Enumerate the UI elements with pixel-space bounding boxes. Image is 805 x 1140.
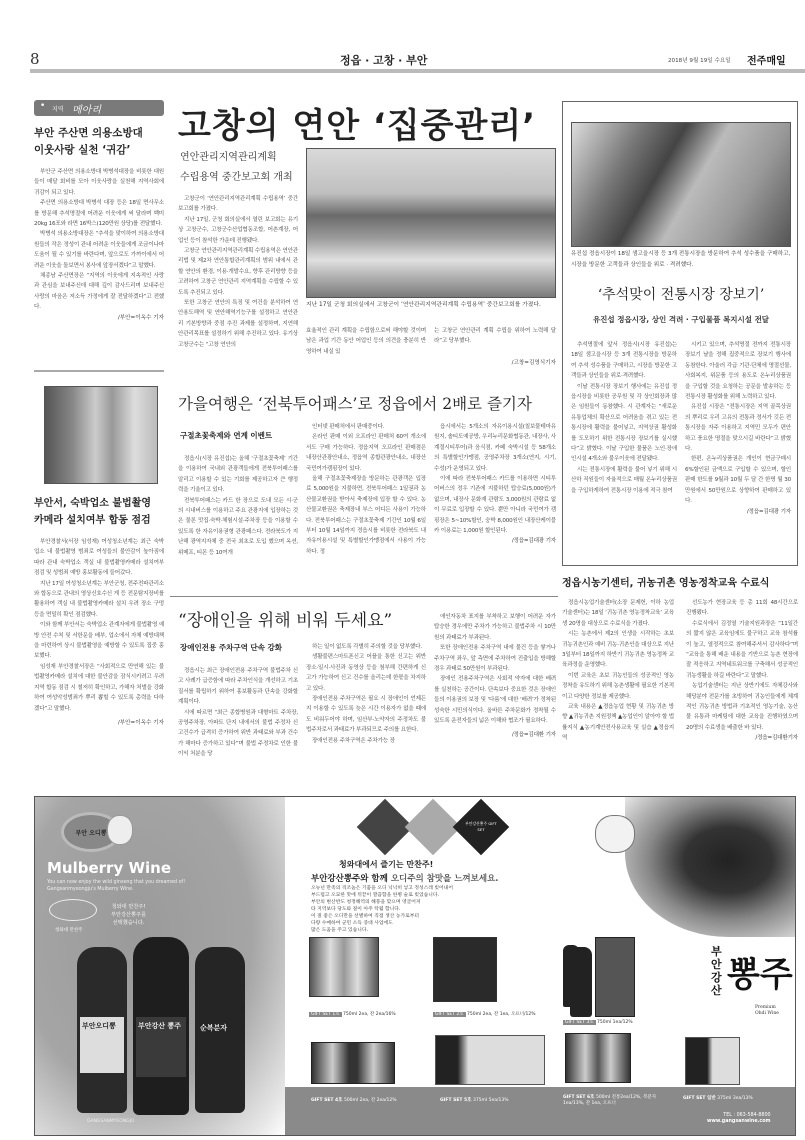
article-body-col2: 시키고 있으며, 추석명절 전까지 전통시장 장보기 날을 정해 집중적으로 장… [685,340,791,517]
giftset-2-image [433,937,497,1002]
article-market: 유진섭 정읍시장이 18일 샘고을시장 등 3개 전통시장을 방문하여 추석 성… [562,101,798,566]
subhead: 장애인전용 주차구역 단속 강화 [180,642,282,653]
byline: /정읍=김대환기자 [686,733,798,743]
article-buan-firefighters: 부안 주산면 의용소방대 이웃사랑 실천 ‘귀감’ 부안군 주산면 의용소방대 … [34,125,164,321]
subhead: 구절초꽃축제와 연계 이벤트 [180,430,272,441]
header-rule [30,69,805,73]
subhead: 연안관리지역관리계획 수립용역 중간보고회 개최 [180,148,293,188]
byline: /정읍=김대환 기자 [434,730,556,740]
premium-label: Premium Ohdi Wine [755,1005,779,1017]
contact-info: TEL : 063-584-8800 www.gangsanwine.com [707,1113,771,1125]
article-body: 고창군이 ‘연안관리지역관리계획 수립용역’ 중간보고회를 가졌다. 지난 17… [178,194,298,350]
headline: 가을여행은 ‘전북투어패스’로 정읍에서 2배로 즐기자 [178,392,532,414]
article-body-continued-1: 효율적인 관리 계획을 수립함으로써 해야할 것이며 남은 과업 기간 동안 어… [306,326,426,357]
ad-body-copy: 오뉴넌 만족의 격조높은 기품을 오디 넉넉히 넣고 정성스레 빚어내어 부드럽… [311,885,571,934]
article-body: 부안군 주산면 의용소방대 박병석대장을 비롯한 대원들이 매달 회비를 모아 … [34,167,164,313]
bluehouse-text: 청와대 만찬주! 부안강산뽕주를 선택했습니다. [111,903,146,927]
article-body-col1: 추석명절에 앞서 정읍시(시장 유진섭)는 18일 샘고을시장 등 3개 전통시… [571,340,677,496]
giftset-3-box [595,937,635,1017]
calligraphy-big: 뽕주 [727,947,793,996]
byline: /부안=이옥수 기자 [34,718,164,726]
giftset-6-image [565,1033,631,1083]
bottle-label: 순복분자 [198,1019,242,1069]
giftset-5-image [435,1035,545,1085]
bluehouse-label: 청와대 만찬주 [55,927,83,933]
article-body: 부안경찰서(서장 임성재) 여성청소년계는 최근 숙박업소 내 불법촬영 범죄로… [34,537,164,714]
english-desc: You can now enjoy the wild ginseng that … [47,879,185,893]
section-divider [34,370,164,372]
article-body-col1: 정읍시농업기술센터(소장 문제헌, 이하 농업기술센터)는 18일 ‘귀농귀촌 … [562,598,674,744]
byline: /부안=이옥수 기자 [34,313,164,321]
issue-date: 2018년 9월 19일 수요일 [668,56,731,64]
giftset-1-label: GIFT SET 1호 750ml 2ea, 잔 2ea/16% [309,1011,396,1017]
section-divider [170,596,558,597]
article-body-col2: 선도농가 현장교육 등 총 11회 48시간으로 진행됐다. 수료식에서 김정열… [686,598,798,744]
page-number: 8 [30,50,40,68]
giftset-3-label: GIFT SET 3호 750ml 1ea/12% [563,1019,633,1025]
page-header: 8 정읍 · 고창 · 부안 2018년 9월 19일 수요일 전주매일 [0,0,805,74]
advertisement-mulberry-wine: 부안 오디뽕 Mulberry Wine You can now enjoy t… [34,796,796,1136]
bottle-2: 부안강산 뽕주 [133,937,189,1115]
mascot-icon [107,815,133,845]
article-body-col1: 정읍시는 최근 장애인전용 주차구역 불법주차 신고 사례가 급증함에 따라 주… [178,666,298,760]
byline: /정읍=김대광 기자 [685,507,791,517]
article-body-col1: 정읍시(시장 유진섭)는 올해 ‘구절초꽃축제’ 기간을 이용하여 국내외 관광… [178,454,298,558]
paper-name: 전주매일 [747,52,786,67]
byline: /고창=김영식기자 [434,358,556,366]
badge-bullet: • [40,101,45,111]
meeting-photo [306,148,556,298]
calligraphy-small: 부안강산 [711,945,723,997]
section-title: 정읍 · 고창 · 부안 [340,52,427,68]
bottle-label: 부안강산 뽕주 [136,1017,186,1077]
bottle-3: 순복분자 [195,947,245,1113]
article-body-continued-2: 는 고창군 연안관리 계획 수립을 위하여 노력해 달라”고 당부했다. [434,326,556,347]
giftset-1-image [309,937,379,997]
article-body-col3: 애인자동차 표지를 부착하고 보행이 어려운 자가 탑승한 경우에만 주차가 가… [434,612,556,741]
headline: 부안 주산면 의용소방대 이웃사랑 실천 ‘귀감’ [34,125,164,159]
giftset-5-label: GIFT SET 5호 375ml 5ea/13% [440,1097,509,1103]
article-agri-center: 정읍시농기센터, 귀농귀촌 영농정착교육 수료식 정읍시농업기술센터(소장 문제… [562,570,802,790]
premium-bottle [563,945,579,1007]
article-body-col2: 인터넷 판매처에서 판매중이다. 온라인 판매 이외 오프라인 판매처 60여 … [306,422,426,557]
giftset-6-label: GIFT SET 6호 500ml 전통2ea/12%, 복분자1ea/13%,… [563,1095,663,1107]
english-title: Mulberry Wine [47,859,171,877]
market-photo [571,122,791,247]
column-badge: • 지역 메아리 [34,100,164,116]
motel-room-photo [44,386,158,484]
article-body-col2: 하는 일이 없도록 각별히 주의할 것을 당부했다. 생활불편스마트폰신고 어플… [306,642,426,746]
article-tourpass: 가을여행은 ‘전북투어패스’로 정읍에서 2배로 즐기자 구절초꽃축제와 연계 … [170,392,558,592]
ad-headline: 청와대에서 즐기는 만찬주! 부안강산뽕주와 함께 오디주의 참맛을 느껴보세요… [311,859,581,884]
byline: /정읍=김대광 기자 [434,536,556,546]
maker-name: GANGSANMYEONGJU [87,1119,134,1124]
bottle-label: 부안오디뽕 [80,1017,124,1073]
mascot-icon [595,815,635,853]
giftset-regular-label: GIFT SET 일반 375ml 3ea/13% [683,1095,753,1101]
giftset-4-label: GIFT SET 4호 500ml 2ea, 잔 2ea/12% [311,1097,397,1103]
subhead: 유진섭 정읍시장, 상인 격려 · 구입물품 복지시설 전달 [563,314,799,325]
giftset-regular-image [685,1037,740,1085]
bottle-1: 부안오디뽕 [77,947,127,1113]
giftset-4-image [311,1042,395,1084]
bluehouse-emblem-icon [49,899,97,921]
badge-title: 메아리 [72,101,101,116]
article-buan-police: 부안서, 숙박업소 불법촬영 카메라 설치여부 합동 점검 부안경찰서(서장 임… [34,495,164,726]
mulberry-photo [625,797,796,937]
article-gochang: 고창의 연안 ‘집중관리’ 연안관리지역관리계획 수립용역 중간보고회 개최 고… [170,96,558,388]
article-disabled-parking: “장애인을 위해 비워 두세요” 장애인전용 주차구역 단속 강화 정읍시는 최… [170,600,558,790]
headline: 정읍시농기센터, 귀농귀촌 영농정착교육 수료식 [562,574,769,589]
badge-prefix: 지역 [52,104,64,113]
headline: 고창의 연안 ‘집중관리’ [178,98,536,147]
headline: “장애인을 위해 비워 두세요” [178,606,392,631]
headline: 부안서, 숙박업소 불법촬영 카메라 설치여부 합동 점검 [34,495,164,529]
photo-caption: 지난 17일 군청 회의실에서 고창군이 ‘연안관리지역관리계획 수립용역’ 중… [306,300,556,311]
giftset-2-label: GIFT SET 2호 750ml 2ea, 잔 1ea, 오프너/12% [433,1011,536,1017]
website[interactable]: www.gangsanwine.com [707,1119,771,1125]
article-body-col3: 읍시에서는 5개소의 자유이용시설(칠보물테마유원지, 솔티도예공방, 우리누리… [434,422,556,547]
giftset-tag-text: 부안강산뽕주 GIFT SET [461,821,501,832]
headline: ‘추석맞이 전통시장 장보기’ [563,284,799,304]
photo-caption: 유진섭 정읍시장이 18일 샘고을시장 등 3개 전통시장을 방문하여 추석 성… [571,249,791,271]
